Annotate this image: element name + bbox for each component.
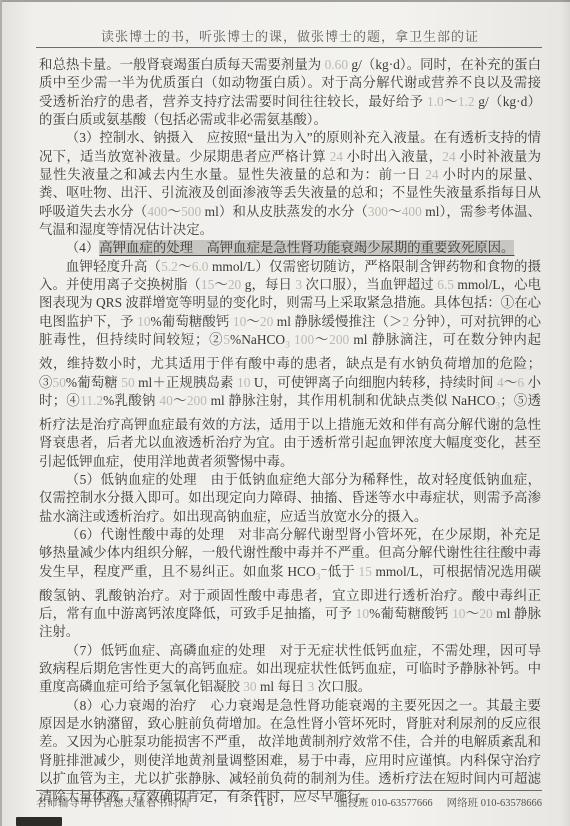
footer-left-note: 名师辅导可节省您大量看书时间 xyxy=(36,795,190,810)
scan-edge-right xyxy=(560,0,570,826)
page-number: 116 xyxy=(190,795,337,810)
scan-edge-top xyxy=(0,0,570,2)
paragraph: （4）高钾血症的处理 高钾血症是急性肾功能衰竭少尿期的重要致死原因。 xyxy=(39,239,541,257)
footer: 名师辅导可节省您大量看书时间 116 面授班 010-63577666 网络班 … xyxy=(36,795,542,810)
footer-online-phone: 网络班 010-63578666 xyxy=(447,795,542,810)
header-slogan: 读张博士的书，听张博士的课，做张博士的题，拿卫生部的证 xyxy=(38,26,542,45)
paragraph: 血钾轻度升高（5.2～6.0 mmol/L）仅需密切随访，严格限制含钾药物和食物… xyxy=(39,258,541,471)
header-rule xyxy=(36,47,542,48)
body-text: 和总热卡量。一般肾衰竭蛋白质每天需要剂量为 0.60 g/（kg·d）。同时，在… xyxy=(39,56,541,807)
paragraph: 和总热卡量。一般肾衰竭蛋白质每天需要剂量为 0.60 g/（kg·d）。同时，在… xyxy=(39,56,541,129)
paragraph: （3）控制水、钠摄入 应按照“量出为入”的原则补充入液量。在有透析支持的情况下，… xyxy=(39,129,541,239)
footer-contacts: 面授班 010-63577666 网络班 010-63578666 xyxy=(337,795,542,810)
footer-classroom-phone: 面授班 010-63577666 xyxy=(337,795,432,810)
scan-corner-mark xyxy=(16,817,62,826)
scanned-page: 读张博士的书，听张博士的课，做张博士的题，拿卫生部的证 和总热卡量。一般肾衰竭蛋… xyxy=(0,0,570,826)
footer-rule xyxy=(36,790,542,791)
scan-edge-left xyxy=(0,0,2,826)
paragraph: （7）低钙血症、高磷血症的处理 对于无症状性低钙血症，不需处理，因可导致病程后期… xyxy=(39,642,541,697)
paragraph: （6）代谢性酸中毒的处理 对非高分解代谢型肾小管坏死，在少尿期，补充足够热量减少… xyxy=(39,526,541,642)
paragraph: （5）低钠血症的处理 由于低钠血症绝大部分为稀释性，故对轻度低钠血症，仅需控制水… xyxy=(39,471,541,526)
